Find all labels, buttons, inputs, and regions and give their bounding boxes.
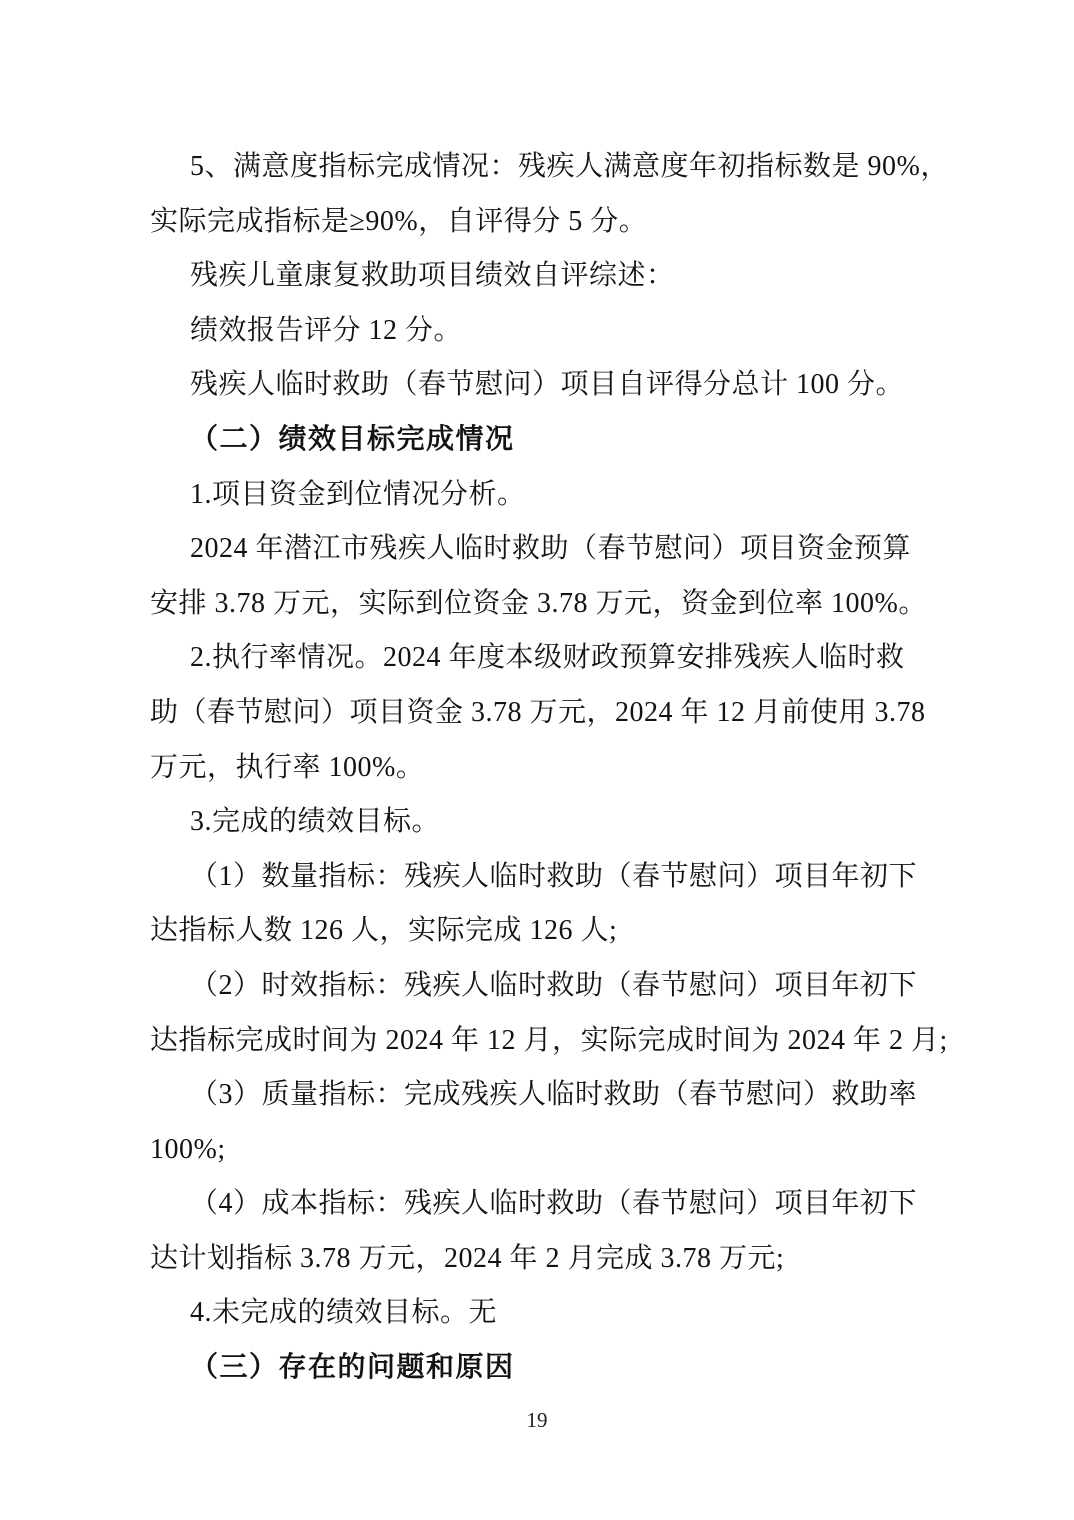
section-heading: （三）存在的问题和原因 <box>150 1341 940 1396</box>
text-line: （3）质量指标：完成残疾人临时救助（春节慰问）救助率 <box>150 1068 940 1123</box>
document-page: 5、满意度指标完成情况：残疾人满意度年初指标数是 90%， 实际完成指标是≥90… <box>0 0 1074 1520</box>
text-line: 2.执行率情况。2024 年度本级财政预算安排残疾人临时救 <box>150 631 940 686</box>
text-line: （2）时效指标：残疾人临时救助（春节慰问）项目年初下 <box>150 959 940 1014</box>
text-line: 2024 年潜江市残疾人临时救助（春节慰问）项目资金预算 <box>150 522 940 577</box>
text-line: 残疾人临时救助（春节慰问）项目自评得分总计 100 分。 <box>150 358 940 413</box>
text-line: 绩效报告评分 12 分。 <box>150 304 940 359</box>
text-line: 达计划指标 3.78 万元，2024 年 2 月完成 3.78 万元; <box>150 1232 940 1287</box>
document-body: 5、满意度指标完成情况：残疾人满意度年初指标数是 90%， 实际完成指标是≥90… <box>150 140 940 1396</box>
section-heading: （二）绩效目标完成情况 <box>150 413 940 468</box>
text-line: 实际完成指标是≥90%，自评得分 5 分。 <box>150 195 940 250</box>
text-line: 残疾儿童康复救助项目绩效自评综述： <box>150 249 940 304</box>
text-line: 5、满意度指标完成情况：残疾人满意度年初指标数是 90%， <box>150 140 940 195</box>
text-line: 100%; <box>150 1123 940 1178</box>
text-line: 达指标人数 126 人，实际完成 126 人; <box>150 904 940 959</box>
page-number: 19 <box>0 1406 1074 1434</box>
text-line: 1.项目资金到位情况分析。 <box>150 468 940 523</box>
text-line: （1）数量指标：残疾人临时救助（春节慰问）项目年初下 <box>150 850 940 905</box>
text-line: 达指标完成时间为 2024 年 12 月，实际完成时间为 2024 年 2 月; <box>150 1014 940 1069</box>
text-line: 4.未完成的绩效目标。无 <box>150 1286 940 1341</box>
text-line: 助（春节慰问）项目资金 3.78 万元，2024 年 12 月前使用 3.78 <box>150 686 940 741</box>
text-line: 安排 3.78 万元，实际到位资金 3.78 万元，资金到位率 100%。 <box>150 577 940 632</box>
text-line: 3.完成的绩效目标。 <box>150 795 940 850</box>
text-line: 万元，执行率 100%。 <box>150 741 940 796</box>
text-line: （4）成本指标：残疾人临时救助（春节慰问）项目年初下 <box>150 1177 940 1232</box>
